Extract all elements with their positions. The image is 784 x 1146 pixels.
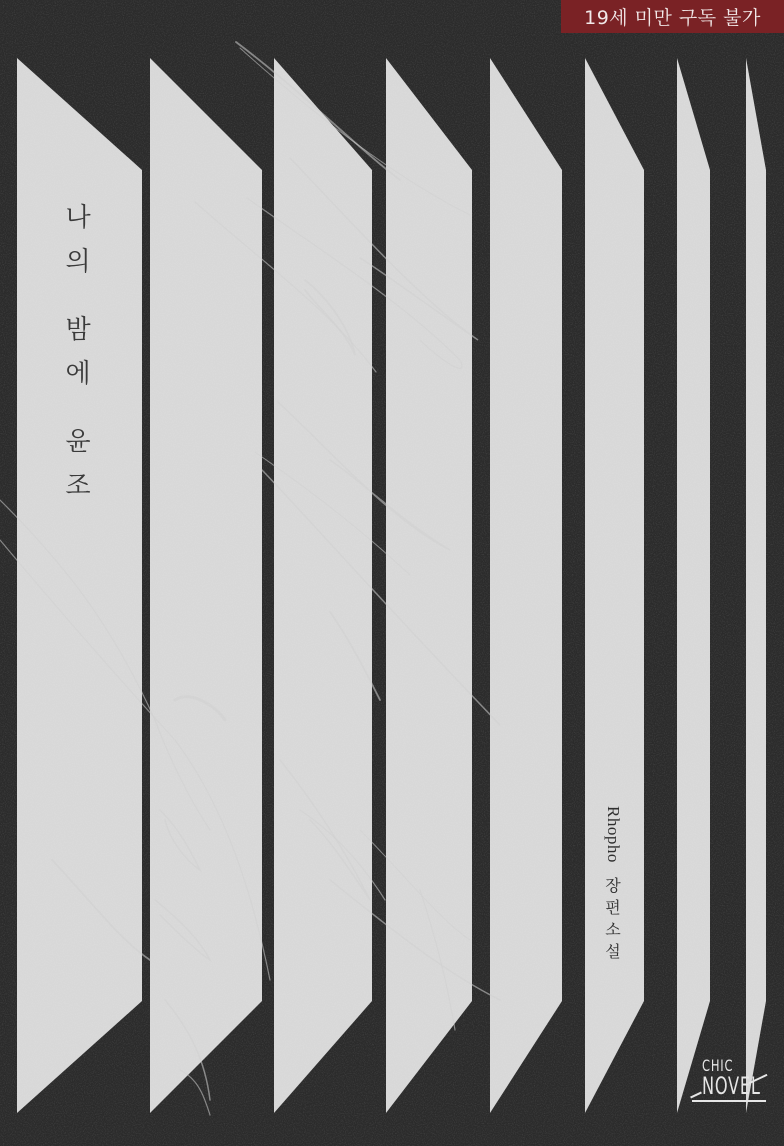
genre-char: 장 — [605, 875, 620, 897]
logo-underline — [692, 1100, 766, 1102]
title-char: 밤 — [65, 308, 90, 352]
genre-char: 설 — [605, 941, 620, 963]
book-cover: 19세 미만 구독 불가 나의밤에윤조 Rhopho 장편소설 CHIC NOV… — [0, 0, 784, 1146]
genre-char: 편 — [605, 897, 620, 919]
logo-slash-icon — [690, 1092, 702, 1099]
title-char: 윤 — [65, 420, 90, 464]
title-char: 나 — [65, 196, 90, 240]
vertical-title: 나의밤에윤조 — [58, 196, 98, 508]
title-char: 의 — [65, 240, 90, 284]
publisher-logo: CHIC NOVEL — [690, 1056, 780, 1116]
author-name: Rhopho — [603, 806, 623, 863]
genre-char: 소 — [605, 919, 620, 941]
author-block: Rhopho 장편소설 — [598, 806, 628, 963]
genre-label: 장편소설 — [605, 875, 620, 963]
logo-line-2: NOVEL — [702, 1072, 761, 1100]
age-restriction-badge: 19세 미만 구독 불가 — [561, 0, 784, 33]
cover-artwork — [0, 0, 784, 1146]
paper-grain-texture — [0, 0, 784, 1146]
title-char: 에 — [65, 352, 90, 396]
title-char: 조 — [65, 464, 90, 508]
